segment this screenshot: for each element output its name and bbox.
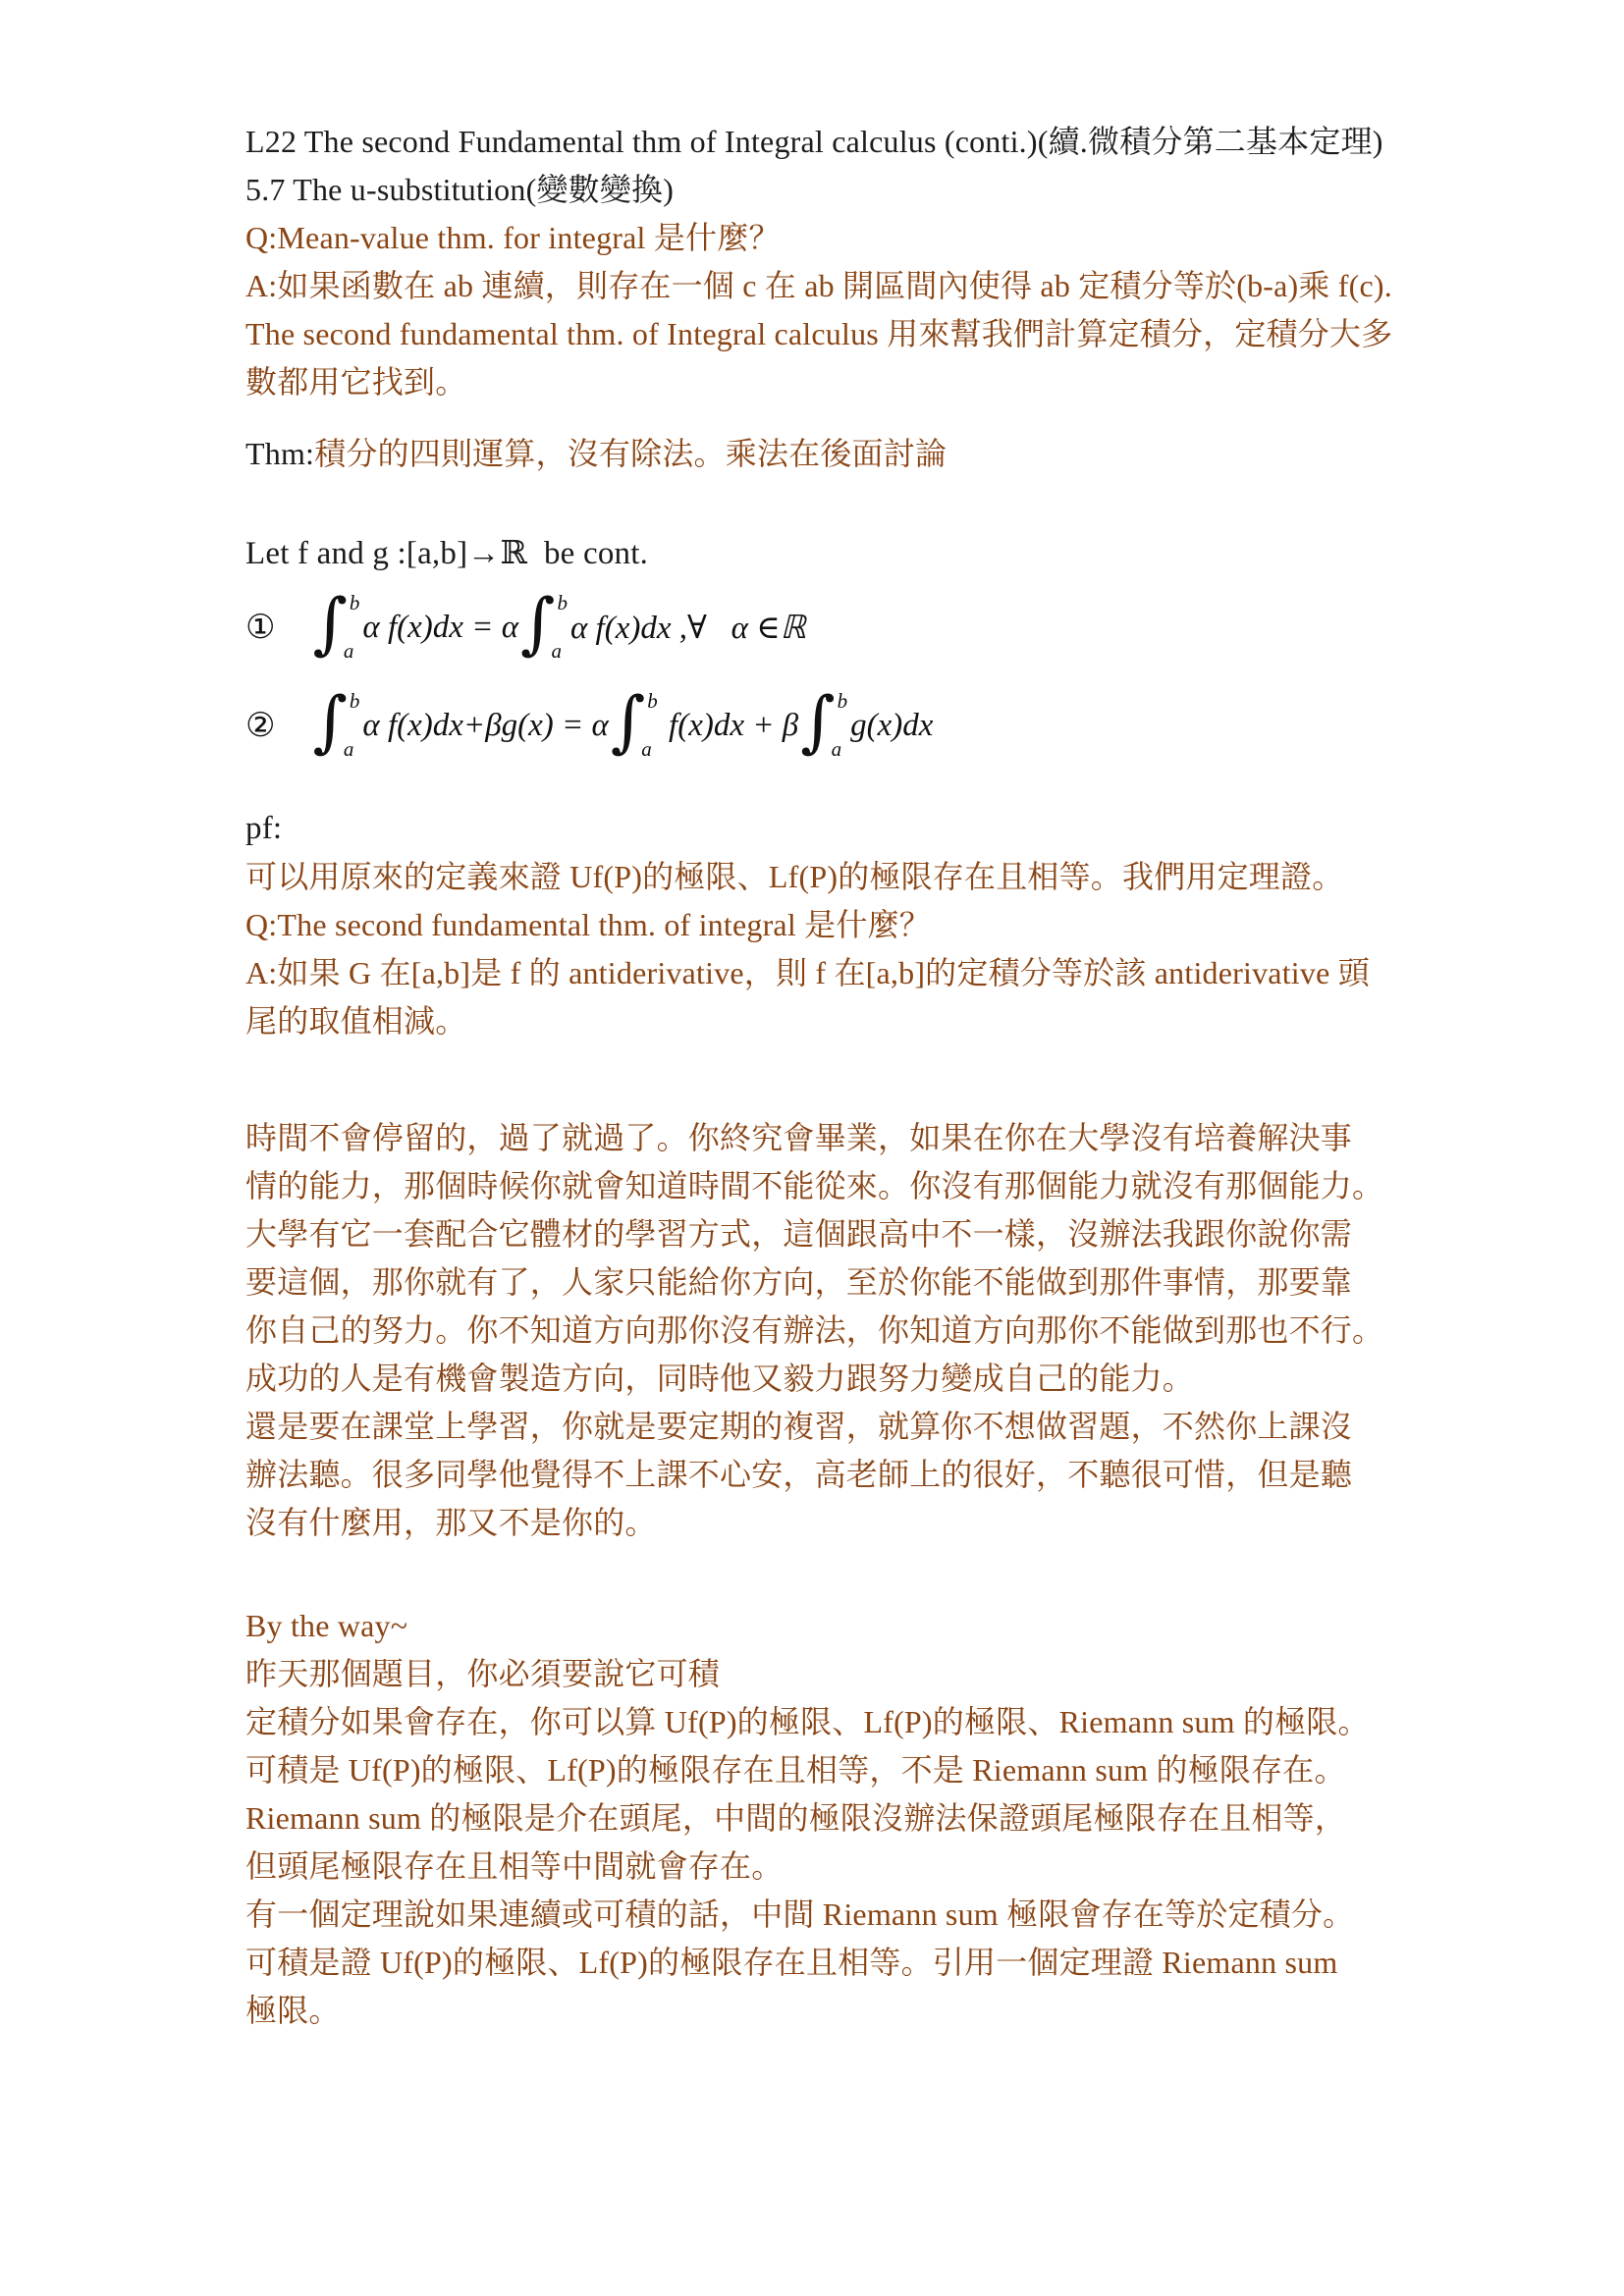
integral-sign: ∫ba xyxy=(520,591,568,664)
formula-text: α f(x)dx+βg(x) = α xyxy=(362,708,608,744)
para3-line-1: By the way~ xyxy=(245,1602,1424,1650)
formula-text: α f(x)dx ,∀ α ∈ℝ xyxy=(570,608,806,647)
formula-text: f(x)dx + β xyxy=(661,708,798,744)
para2-line-3: 大學有它一套配合它體材的學習方式，這個跟高中不一樣，沒辦法我跟你說你需 xyxy=(245,1210,1424,1258)
para3-line-5: Riemann sum 的極限是介在頭尾，中間的極限沒辦法保證頭尾極限存在且相等… xyxy=(245,1794,1424,1842)
qa1-answer-line-2: The second fundamental thm. of Integral … xyxy=(245,310,1424,358)
theorem-label: Thm: xyxy=(245,436,314,471)
theorem-text: 積分的四則運算，沒有除法。乘法在後面討論 xyxy=(314,436,947,471)
para1-line-3: A:如果 G 在[a,b]是 f 的 antiderivative，則 f 在[… xyxy=(245,949,1424,997)
integral-sign: ∫ba xyxy=(312,689,359,762)
para2-line-9: 沒有什麼用，那又不是你的。 xyxy=(245,1499,1424,1547)
para3-line-8: 可積是證 Uf(P)的極限、Lf(P)的極限存在且相等。引用一個定理證 Riem… xyxy=(245,1939,1424,1987)
para2-line-8: 辦法聽。很多同學他覺得不上課不心安，高老師上的很好，不聽很可惜，但是聽 xyxy=(245,1451,1424,1499)
para2-line-5: 你自己的努力。你不知道方向那你沒有辦法，你知道方向那你不能做到那也不行。 xyxy=(245,1307,1424,1355)
qa1-answer-line-1: A:如果函數在 ab 連續，則存在一個 c 在 ab 開區間內使得 ab 定積分… xyxy=(245,262,1424,310)
title-line-2: 5.7 The u-substitution(變數變換) xyxy=(245,166,1424,214)
para2-line-6: 成功的人是有機會製造方向，同時他又毅力跟努力變成自己的能力。 xyxy=(245,1355,1424,1403)
title-line-1: L22 The second Fundamental thm of Integr… xyxy=(245,118,1424,166)
qa1-question: Q:Mean-value thm. for integral 是什麼？ xyxy=(245,214,1424,262)
para3-line-9: 極限。 xyxy=(245,1987,1424,2035)
formula-1: ①∫baα f(x)dx = α∫baα f(x)dx ,∀ α ∈ℝ xyxy=(245,578,1424,676)
theorem-line: Thm:積分的四則運算，沒有除法。乘法在後面討論 xyxy=(245,430,1424,478)
qa1-answer-line-3: 數都用它找到。 xyxy=(245,358,1424,406)
formula-text: g(x)dx xyxy=(850,708,933,744)
para1-line-1: 可以用原來的定義來證 Uf(P)的極限、Lf(P)的極限存在且相等。我們用定理證… xyxy=(245,853,1424,901)
para3-line-2: 昨天那個題目，你必須要說它可積 xyxy=(245,1650,1424,1698)
proof-label: pf: xyxy=(245,805,1424,853)
document-page: L22 The second Fundamental thm of Integr… xyxy=(0,0,1624,2296)
para3-line-4: 可積是 Uf(P)的極限、Lf(P)的極限存在且相等，不是 Riemann su… xyxy=(245,1746,1424,1794)
document-content: L22 The second Fundamental thm of Integr… xyxy=(245,118,1424,2035)
integral-sign: ∫ba xyxy=(800,689,847,762)
para1-line-4: 尾的取值相減。 xyxy=(245,997,1424,1045)
formula-number: ① xyxy=(245,608,275,647)
para2-line-7: 還是要在課堂上學習，你就是要定期的複習，就算你不想做習題，不然你上課沒 xyxy=(245,1403,1424,1451)
para3-line-7: 有一個定理說如果連續或可積的話，中間 Riemann sum 極限會存在等於定積… xyxy=(245,1891,1424,1939)
para3-line-6: 但頭尾極限存在且相等中間就會存在。 xyxy=(245,1842,1424,1891)
integral-sign: ∫ba xyxy=(312,591,359,664)
formula-2: ②∫baα f(x)dx+βg(x) = α∫ba f(x)dx + β∫bag… xyxy=(245,676,1424,774)
integral-sign: ∫ba xyxy=(611,689,658,762)
para2-line-2: 情的能力，那個時候你就會知道時間不能從來。你沒有那個能力就沒有那個能力。 xyxy=(245,1162,1424,1210)
para1-line-2: Q:The second fundamental thm. of integra… xyxy=(245,901,1424,949)
formula-text: α f(x)dx = α xyxy=(362,610,518,646)
para2-line-4: 要這個，那你就有了，人家只能給你方向，至於你能不能做到那件事情，那要靠 xyxy=(245,1258,1424,1307)
para2-line-1: 時間不會停留的，過了就過了。你終究會畢業，如果在你在大學沒有培養解決事 xyxy=(245,1114,1424,1162)
para3-line-3: 定積分如果會存在，你可以算 Uf(P)的極限、Lf(P)的極限、Riemann … xyxy=(245,1698,1424,1746)
formula-number: ② xyxy=(245,706,275,745)
let-statement: Let f and g :[a,b]→ℝ be cont. xyxy=(245,530,1424,578)
